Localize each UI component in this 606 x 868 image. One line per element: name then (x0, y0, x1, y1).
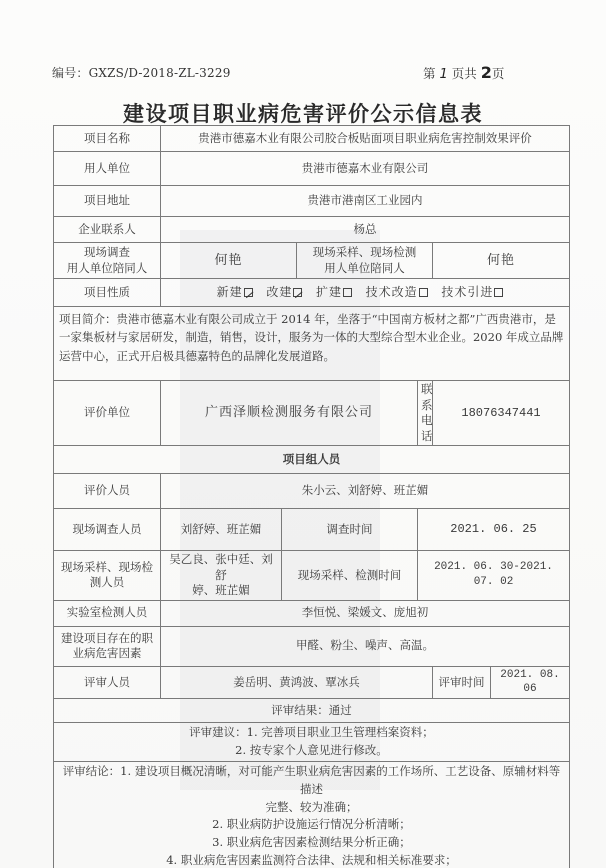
page-mid: 页共 (452, 66, 477, 81)
label-survey-escort: 现场调查 用人单位陪同人 (54, 243, 161, 279)
conclusion-line: 4. 职业病危害因素监测符合法律、法规和相关标准要求； (57, 852, 566, 868)
checkbox-checked-icon (244, 288, 253, 297)
option-expand: 扩建 (316, 284, 352, 300)
review-conclusions: 评审结论：1. 建设项目概况清晰，对可能产生职业病危害因素的工作场所、工艺设备、… (54, 761, 570, 868)
label-line: 测人员 (57, 575, 157, 591)
row-employer: 用人单位 贵港市德嘉木业有限公司 (54, 152, 570, 186)
label-hazards: 建设项目存在的职 业病危害因素 (54, 626, 161, 666)
label-survey-staff: 现场调查人员 (54, 509, 161, 551)
document-page: 编号：GXZS/D-2018-ZL-3229 第 1 页共 2页 建设项目职业病… (0, 0, 606, 868)
label-employer: 用人单位 (54, 152, 161, 186)
option-rebuild: 改建 (266, 284, 302, 300)
checkbox-empty-icon (494, 288, 503, 297)
review-result: 评审结果：通过 (54, 699, 570, 723)
label-contact: 企业联系人 (54, 217, 161, 243)
suggestion-line: 2. 按专家个人意见进行修改。 (57, 742, 566, 760)
label-assessors: 评价人员 (54, 474, 161, 509)
label-evaluator: 评价单位 (54, 381, 161, 446)
label-phone: 联系电话 (418, 381, 433, 446)
row-team-header: 项目组人员 (54, 446, 570, 474)
row-address: 项目地址 贵港市港南区工业园内 (54, 186, 570, 217)
conclusion-line: 完整、较为准确； (57, 799, 566, 817)
value-review-time: 2021. 08. 06 (491, 666, 570, 699)
value-contact: 杨总 (161, 217, 570, 243)
page-current: 1 (440, 67, 448, 82)
label-line: 现场调查 (57, 245, 157, 261)
label-nature: 项目性质 (54, 279, 161, 307)
page-indicator: 第 1 页共 2页 (423, 63, 504, 82)
value-survey-time: 2021. 06. 25 (418, 509, 570, 551)
label-line: 建设项目存在的职 (57, 631, 157, 647)
page-total: 2 (481, 63, 492, 82)
suggestion-line: 评审建议：1. 完善项目职业卫生管理档案资料； (57, 724, 566, 742)
label-sampling-time: 现场采样、检测时间 (282, 551, 418, 601)
option-new: 新建 (217, 284, 253, 300)
value-line: 婷、班芷媚 (164, 583, 278, 599)
row-nature: 项目性质 新建 改建 扩建 技术改造 技术引进 (54, 279, 570, 307)
row-lab: 实验室检测人员 李恒悦、梁媛文、庞旭初 (54, 600, 570, 626)
conclusion-line: 评审结论：1. 建设项目概况清晰，对可能产生职业病危害因素的工作场所、工艺设备、… (57, 763, 566, 799)
label-sampling-escort: 现场采样、现场检测 用人单位陪同人 (297, 243, 433, 279)
row-reviewers: 评审人员 姜岳明、黄鸿波、覃冰兵 评审时间 2021. 08. 06 (54, 666, 570, 699)
label-address: 项目地址 (54, 186, 161, 217)
page-suffix: 页 (492, 66, 505, 81)
page-prefix: 第 (423, 66, 436, 81)
value-survey-staff: 刘舒婷、班芷媚 (161, 509, 282, 551)
label-project-name: 项目名称 (54, 126, 161, 152)
checkbox-empty-icon (419, 288, 428, 297)
value-sampling-staff: 吴乙良、张中廷、刘舒 婷、班芷媚 (161, 551, 282, 601)
value-project-name: 贵港市德嘉木业有限公司胶合板贴面项目职业病危害控制效果评价 (161, 126, 570, 152)
value-employer: 贵港市德嘉木业有限公司 (161, 152, 570, 186)
row-survey: 现场调查人员 刘舒婷、班芷媚 调查时间 2021. 06. 25 (54, 509, 570, 551)
row-hazards: 建设项目存在的职 业病危害因素 甲醛、粉尘、噪声、高温。 (54, 626, 570, 666)
row-review-result: 评审结果：通过 (54, 699, 570, 723)
row-contact: 企业联系人 杨总 (54, 217, 570, 243)
checkbox-empty-icon (343, 288, 352, 297)
label-line: 现场采样、现场检 (57, 560, 157, 576)
value-reviewers: 姜岳明、黄鸿波、覃冰兵 (161, 666, 433, 699)
nature-options: 新建 改建 扩建 技术改造 技术引进 (161, 279, 570, 307)
row-intro: 项目简介：贵港市德嘉木业有限公司成立于 2014 年，坐落于“中国南方板材之都”… (54, 307, 570, 381)
info-table: 项目名称 贵港市德嘉木业有限公司胶合板贴面项目职业病危害控制效果评价 用人单位 … (53, 125, 570, 868)
conclusion-line: 2. 职业病防护设施运行情况分析清晰； (57, 816, 566, 834)
label-line: 用人单位陪同人 (57, 261, 157, 277)
label-line: 用人单位陪同人 (300, 261, 429, 277)
label-reviewers: 评审人员 (54, 666, 161, 699)
value-lab-staff: 李恒悦、梁媛文、庞旭初 (161, 600, 570, 626)
page-title: 建设项目职业病危害评价公示信息表 (0, 98, 606, 128)
label-line: 现场采样、现场检测 (300, 245, 429, 261)
label-review-time: 评审时间 (433, 666, 491, 699)
row-sampling: 现场采样、现场检 测人员 吴乙良、张中廷、刘舒 婷、班芷媚 现场采样、检测时间 … (54, 551, 570, 601)
value-line: 吴乙良、张中廷、刘舒 (164, 552, 278, 583)
row-project-name: 项目名称 贵港市德嘉木业有限公司胶合板贴面项目职业病危害控制效果评价 (54, 126, 570, 152)
value-hazards: 甲醛、粉尘、噪声、高温。 (161, 626, 570, 666)
row-escort: 现场调查 用人单位陪同人 何艳 现场采样、现场检测 用人单位陪同人 何艳 (54, 243, 570, 279)
label-lab-staff: 实验室检测人员 (54, 600, 161, 626)
row-suggestions: 评审建议：1. 完善项目职业卫生管理档案资料； 2. 按专家个人意见进行修改。 (54, 723, 570, 762)
value-evaluator: 广西泽顺检测服务有限公司 (161, 381, 418, 446)
option-tech-import: 技术引进 (441, 284, 503, 300)
value-sampling-escort: 何艳 (433, 243, 570, 279)
value-address: 贵港市港南区工业园内 (161, 186, 570, 217)
option-tech-upgrade: 技术改造 (366, 284, 428, 300)
document-number: 编号：GXZS/D-2018-ZL-3229 (52, 64, 231, 81)
row-evaluator: 评价单位 广西泽顺检测服务有限公司 联系电话 18076347441 (54, 381, 570, 446)
team-header: 项目组人员 (54, 446, 570, 474)
row-assessors: 评价人员 朱小云、刘舒婷、班芷媚 (54, 474, 570, 509)
value-survey-escort: 何艳 (161, 243, 297, 279)
conclusion-line: 3. 职业病危害因素检测结果分析正确； (57, 834, 566, 852)
project-intro: 项目简介：贵港市德嘉木业有限公司成立于 2014 年，坐落于“中国南方板材之都”… (54, 307, 570, 381)
label-survey-time: 调查时间 (282, 509, 418, 551)
label-sampling-staff: 现场采样、现场检 测人员 (54, 551, 161, 601)
value-phone: 18076347441 (433, 381, 570, 446)
value-assessors: 朱小云、刘舒婷、班芷媚 (161, 474, 570, 509)
label-line: 业病危害因素 (57, 646, 157, 662)
checkbox-checked-icon (293, 288, 302, 297)
row-conclusions: 评审结论：1. 建设项目概况清晰，对可能产生职业病危害因素的工作场所、工艺设备、… (54, 761, 570, 868)
review-suggestions: 评审建议：1. 完善项目职业卫生管理档案资料； 2. 按专家个人意见进行修改。 (54, 723, 570, 762)
value-sampling-time: 2021. 06. 30-2021. 07. 02 (418, 551, 570, 601)
